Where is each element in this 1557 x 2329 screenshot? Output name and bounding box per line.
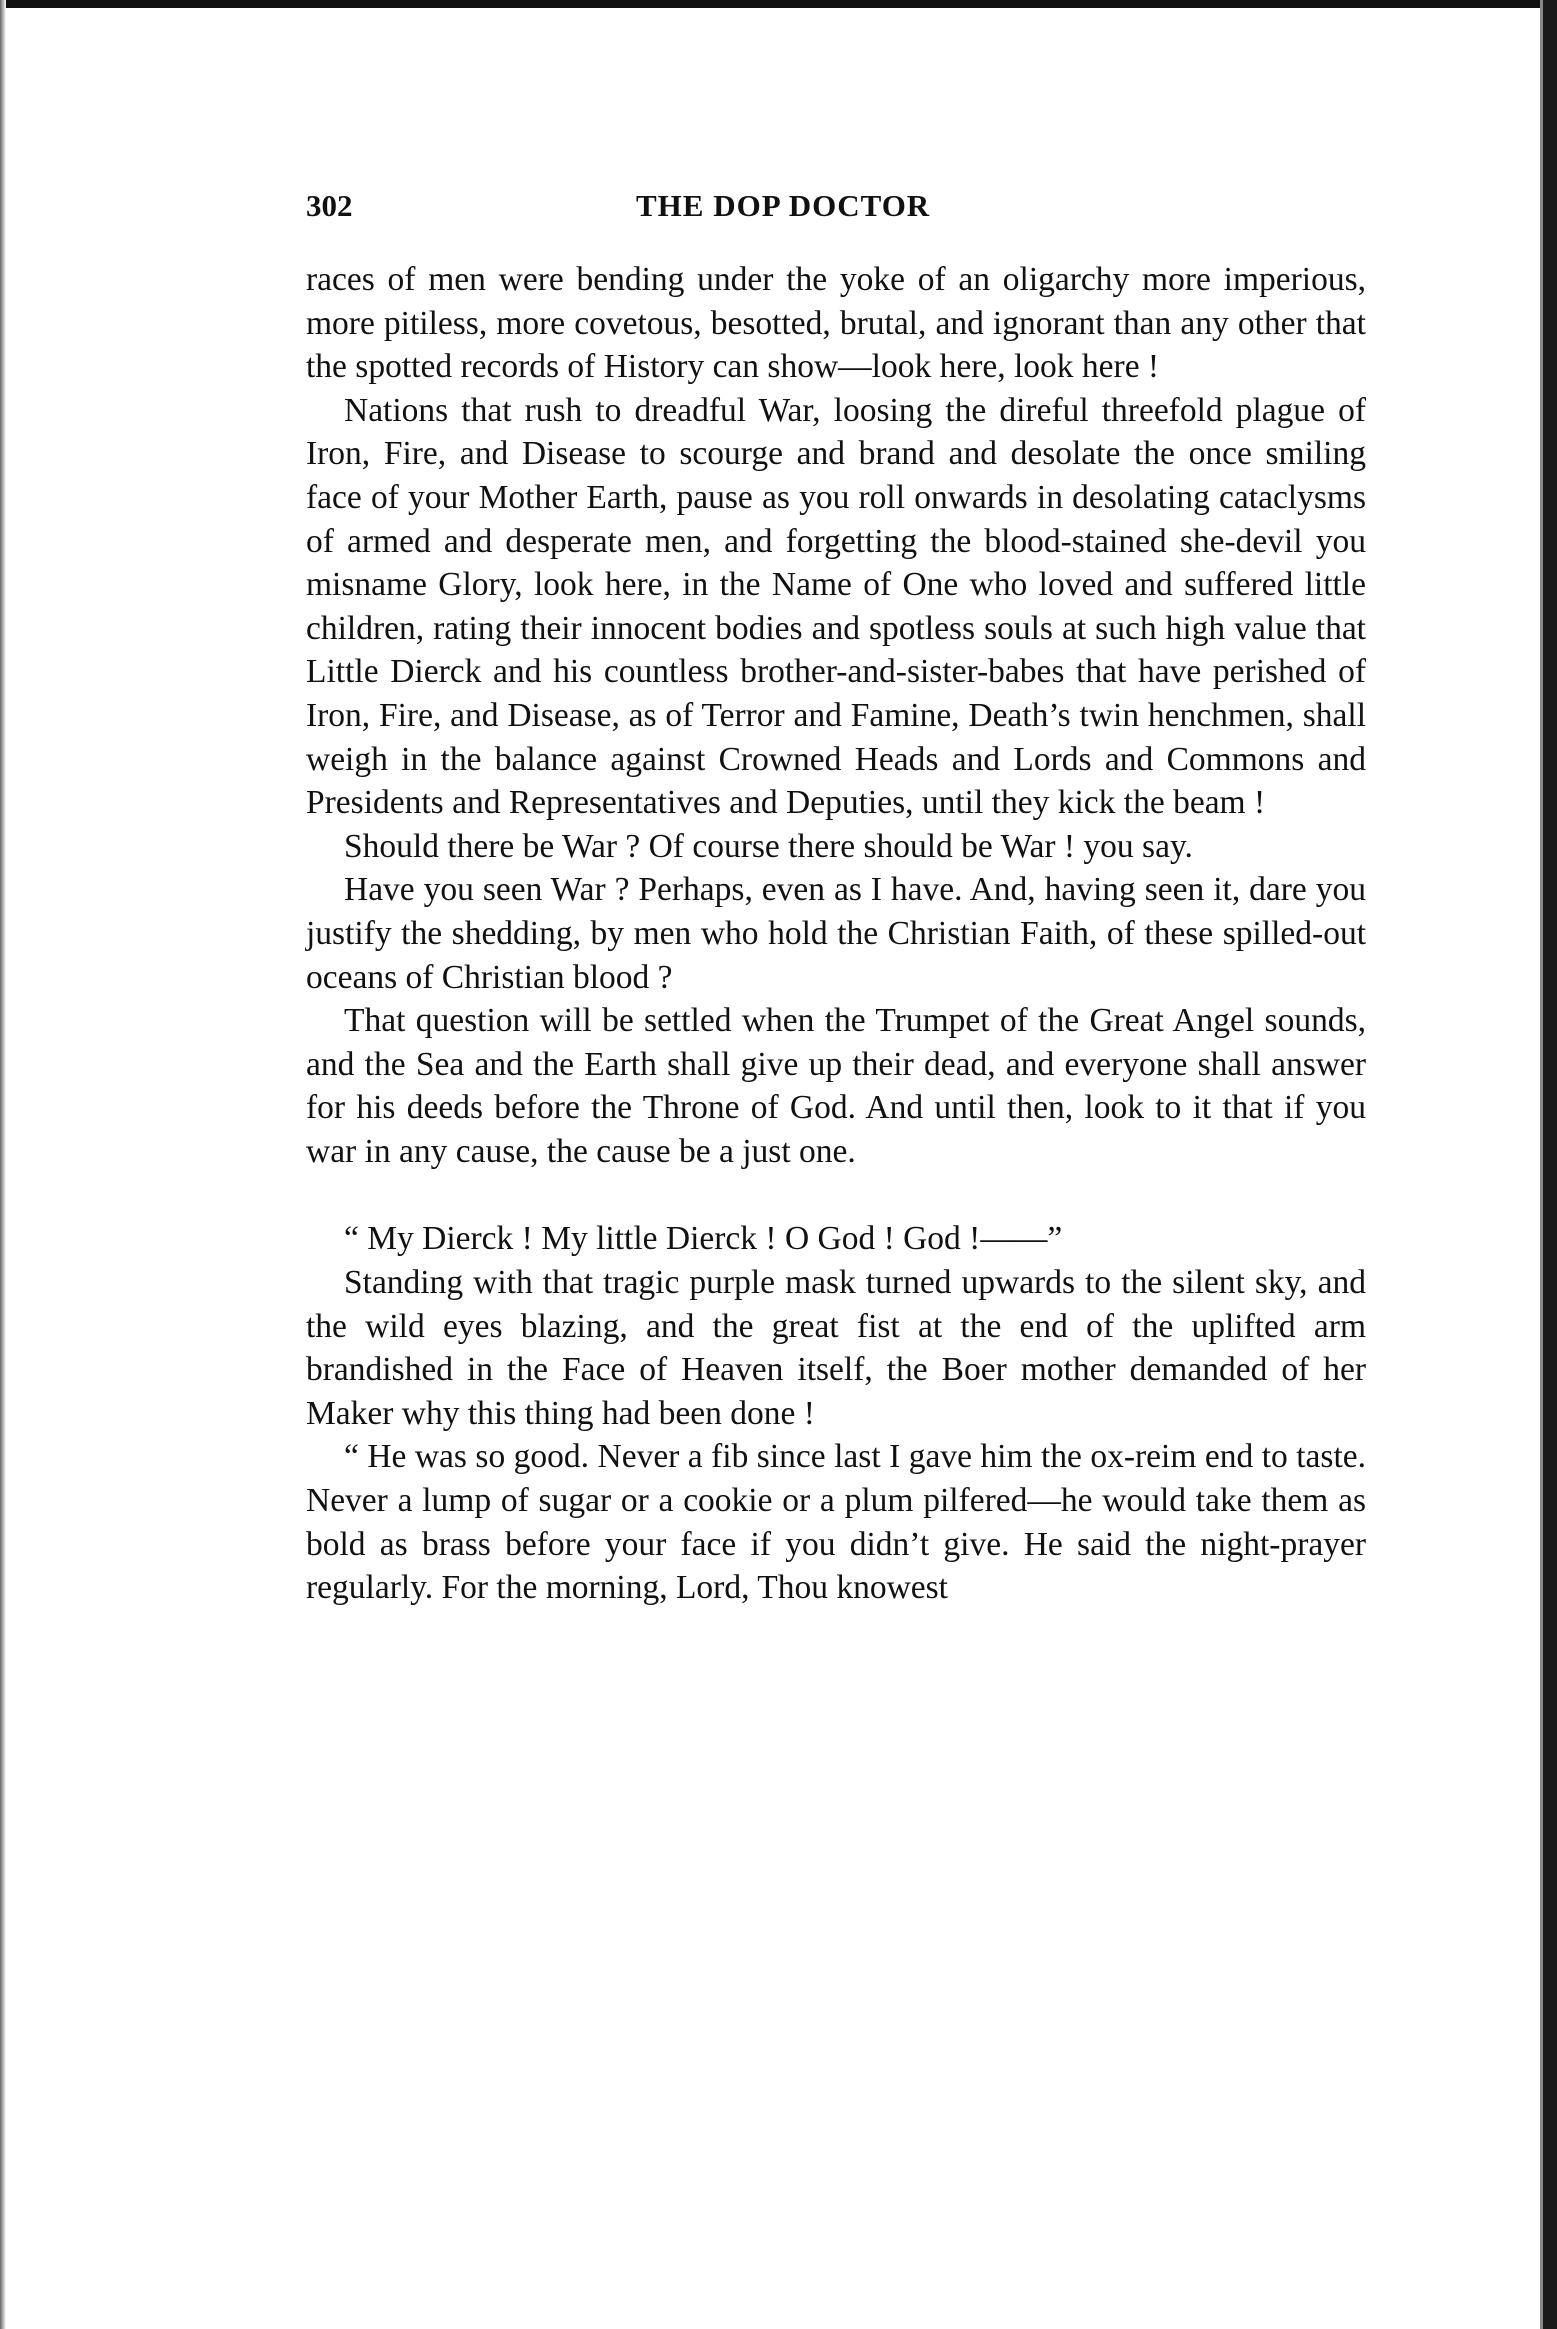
paragraph: That question will be settled when the T… [306, 999, 1366, 1173]
paragraph: “ My Dierck ! My little Dierck ! O God !… [306, 1217, 1366, 1261]
page-header: 302 THE DOP DOCTOR [306, 188, 1366, 236]
page-number: 302 [306, 188, 353, 224]
book-page: 302 THE DOP DOCTOR races of men were ben… [306, 188, 1366, 1610]
paragraph: Should there be War ? Of course there sh… [306, 825, 1366, 869]
paragraph: races of men were bending under the yoke… [306, 258, 1366, 389]
paragraph: Nations that rush to dreadful War, loosi… [306, 389, 1366, 825]
paragraph: “ He was so good. Never a fib since last… [306, 1435, 1366, 1609]
body-text: races of men were bending under the yoke… [306, 258, 1366, 1610]
paragraph: Have you seen War ? Perhaps, even as I h… [306, 868, 1366, 999]
scan-top-border [0, 0, 1557, 8]
paragraph: Standing with that tragic purple mask tu… [306, 1261, 1366, 1435]
scan-left-edge [0, 0, 6, 2329]
scan-right-border [1543, 0, 1557, 2329]
running-title: THE DOP DOCTOR [636, 188, 930, 224]
section-break [306, 1173, 1366, 1217]
